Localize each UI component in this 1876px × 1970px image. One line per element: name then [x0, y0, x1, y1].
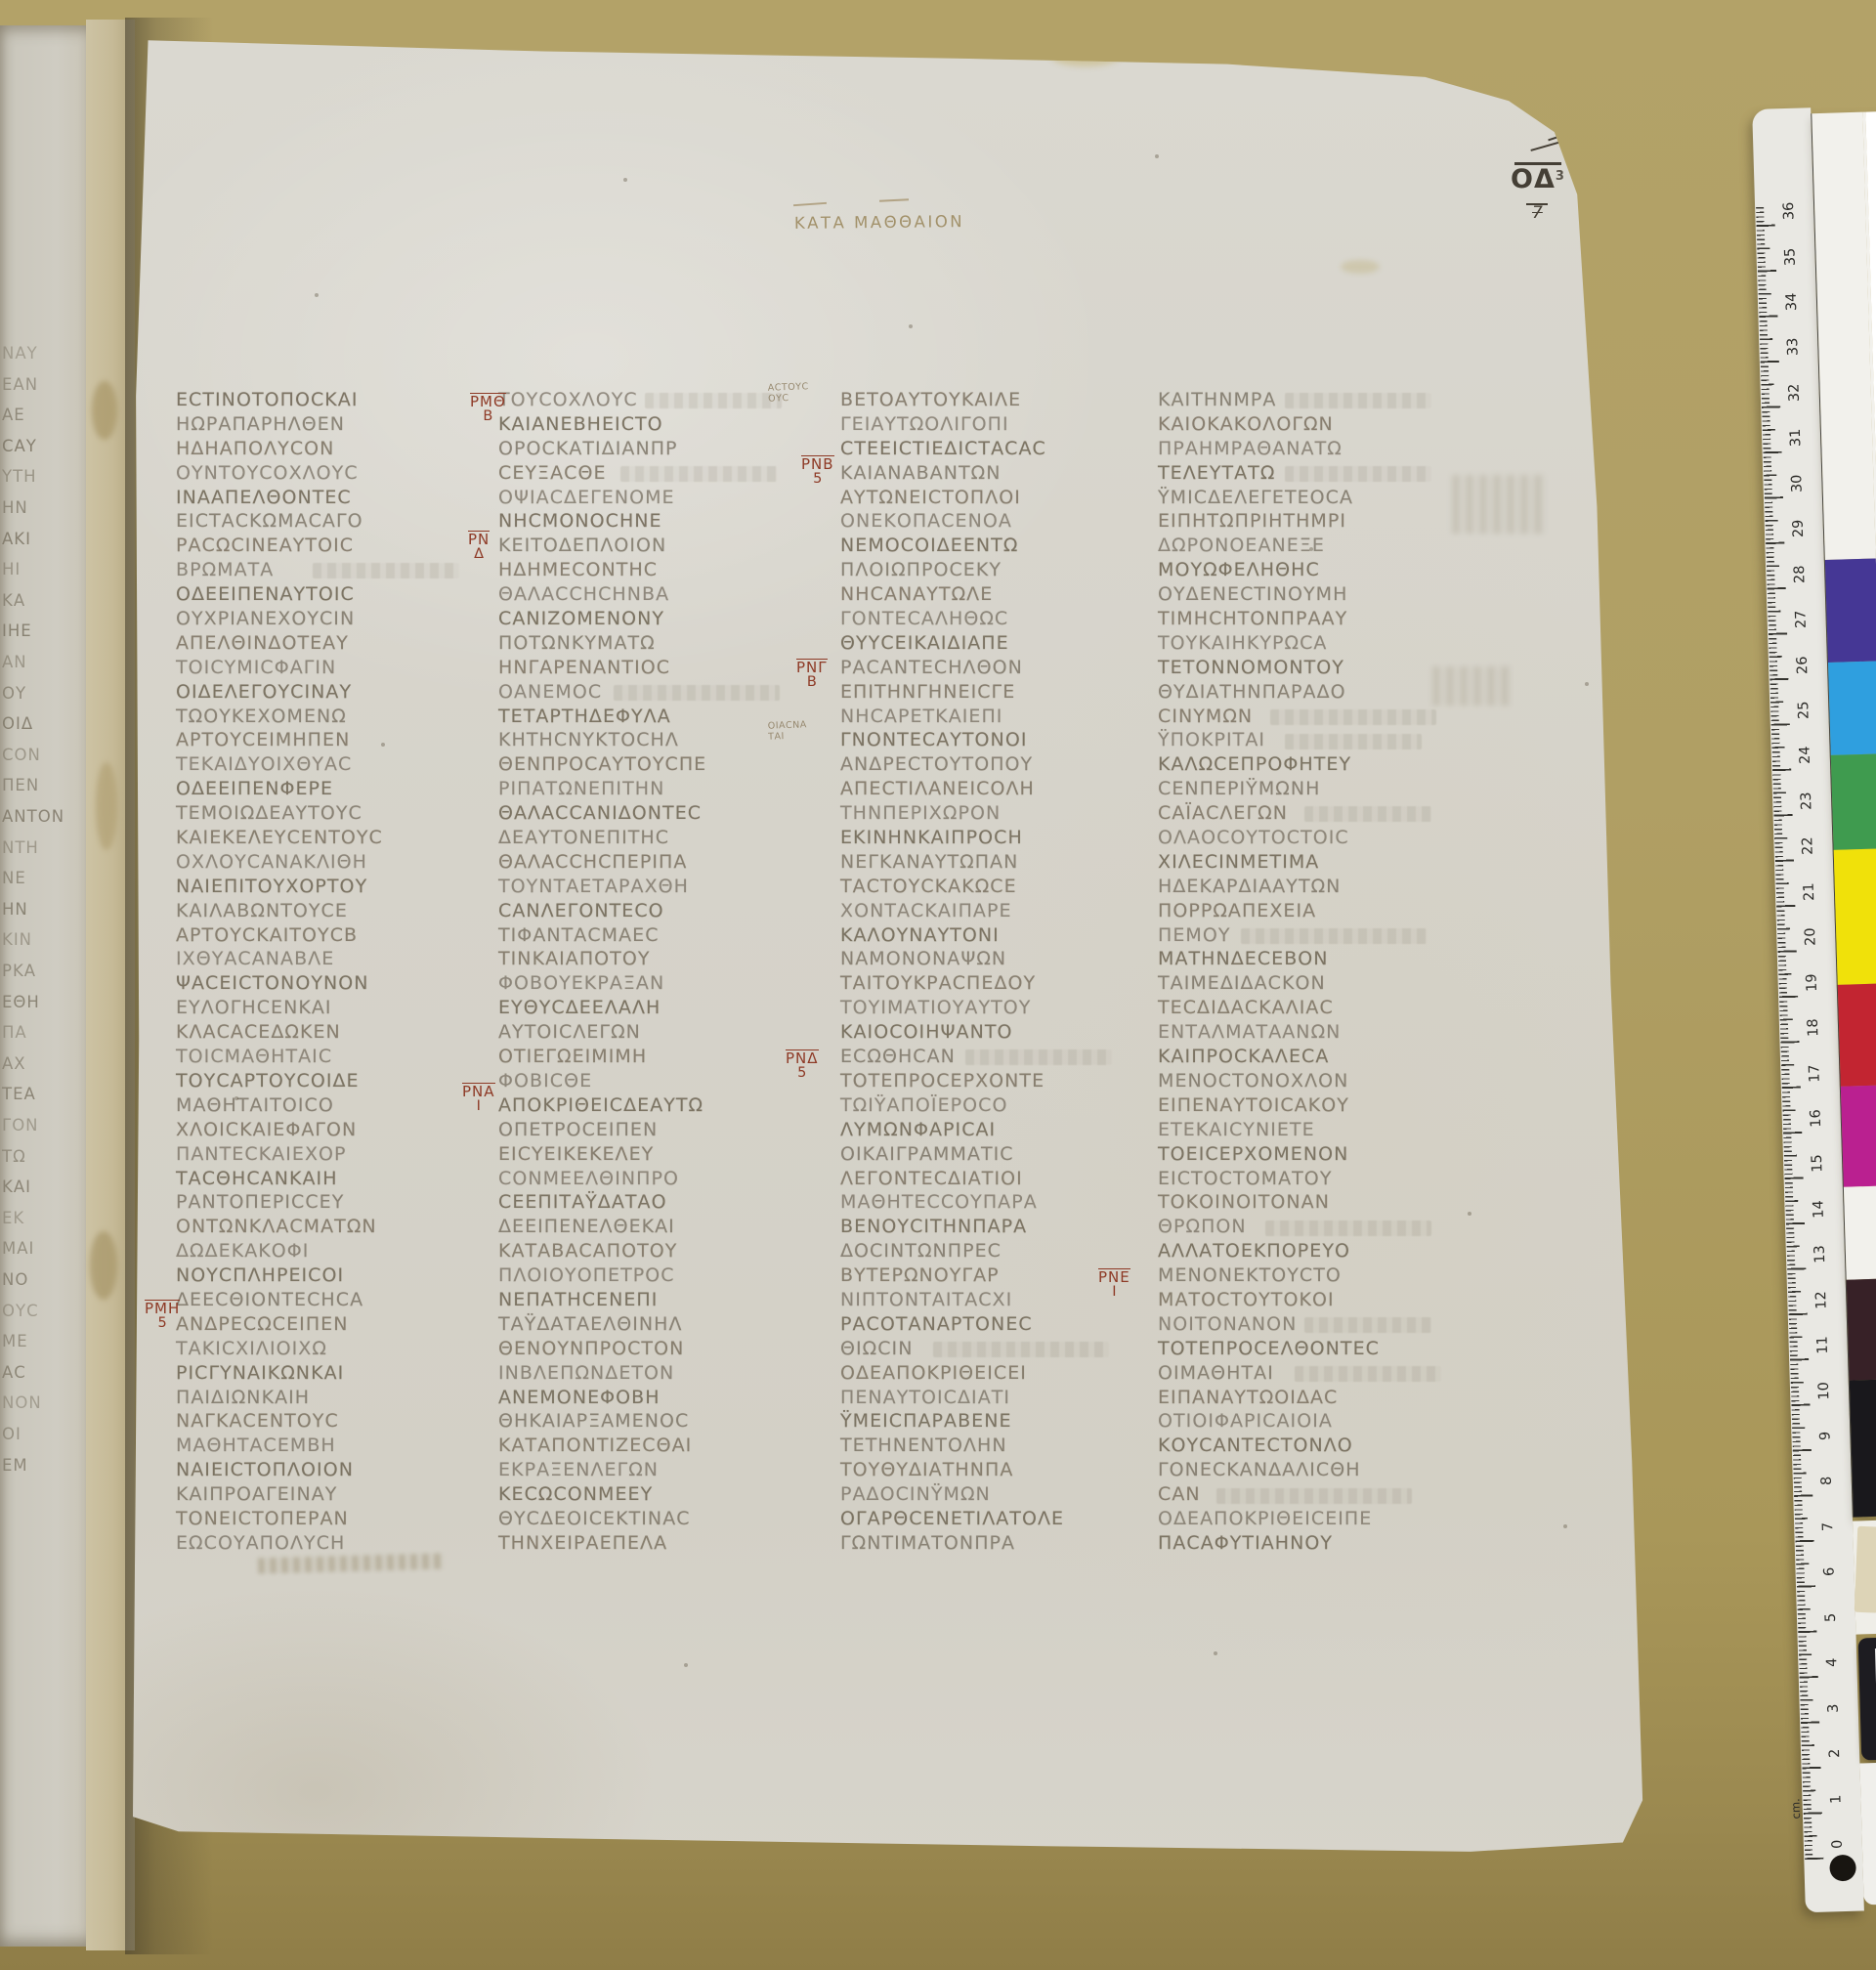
manuscript-line: ΟΓΑΡΘCΕΝΕΤΙΛΑΤΟΛΕ — [840, 1508, 1138, 1531]
ruler-number: 24 — [1797, 741, 1813, 770]
manuscript-line: ΚΑΛΟΥΝΑΥΤΟΝΙ — [840, 924, 1138, 948]
manuscript-line: ΚΑΤΑΒΑCΑΠΟΤΟΥ — [498, 1241, 796, 1264]
page-edge-text-fragment: ΝΟΝ — [2, 1393, 42, 1412]
manuscript-line: ΘΑΛΑCCΗCΗΝΒΑ — [498, 583, 796, 607]
page-edge-text-fragment: ΤΩ — [2, 1147, 26, 1166]
manuscript-line: ΕΚΙΝΗΝΚΑΙΠΡΟCΗ — [840, 827, 1138, 850]
page-edge-text-fragment: ΟΙΔ — [2, 714, 33, 733]
manuscript-line: ΚΑΙΟCΟΙΗΨΑΝΤΟ — [840, 1022, 1138, 1046]
manuscript-line: ΚΑΛΩCΕΠΡΟΦΗΤΕΥ — [1158, 754, 1456, 778]
ruler-number: 31 — [1788, 423, 1805, 452]
manuscript-line: ΛΥΜΩΝΦΑΡΙCΑΙ — [840, 1119, 1138, 1142]
manuscript-line: ΝΕΜΟCΟΙΔΕΕΝΤΩ — [840, 535, 1138, 559]
manuscript-line: ΗΔΗΜΕCΟΝΤΗC — [498, 560, 796, 583]
manuscript-line: ΓΝΟΝΤΕCΑΥΤΟΝΟΙ — [840, 730, 1138, 753]
manuscript-line: ΚΛΑCΑCΕΔΩΚΕΝ — [176, 1022, 474, 1046]
manuscript-line: ΝΟΥCΠΛΗΡΕΙCΟΙ — [176, 1264, 474, 1288]
ruler-number: 4 — [1824, 1648, 1841, 1677]
ruler-number: 2 — [1827, 1738, 1844, 1768]
manuscript-line: ΟΤΙΟΙΦΑΡΙCΑΙΟΙΑ — [1158, 1411, 1456, 1435]
manuscript-line: ΜΑΤΗΝΔΕCΕΒΟΝ — [1158, 949, 1456, 972]
manuscript-line: ΟΠΕΤΡΟCΕΙΠΕΝ — [498, 1119, 796, 1142]
canon-number: Ι — [462, 1099, 495, 1114]
quire-flourish-stroke — [1530, 140, 1564, 151]
ruler-number: 20 — [1803, 922, 1819, 952]
erased-text-ghost — [1216, 1488, 1412, 1504]
page-stain — [1538, 98, 1554, 109]
manuscript-line: ΘΑΛΑCCΗCΠΕΡΙΠΑ — [498, 851, 796, 875]
ruler-number: 32 — [1786, 378, 1803, 407]
manuscript-line: ΟΔΕΕΙΠΕΝΦΕΡΕ — [176, 779, 474, 802]
page-edge-text-fragment: ΟΥC — [2, 1302, 39, 1320]
manuscript-line: ΤΙΦΑΝΤΑCΜΑΕC — [498, 924, 796, 948]
ruler-number: 7 — [1820, 1512, 1837, 1541]
manuscript-line: ΙΧΘΥΑCΑΝΑΒΛΕ — [176, 949, 474, 972]
manuscript-line: ΤΟΥCΑΡΤΟΥCΟΙΔΕ — [176, 1070, 474, 1093]
manuscript-line: ΚΗΤΗCΝΥΚΤΟCΗΛ — [498, 730, 796, 753]
page-edge-text-fragment: ΑC — [2, 1363, 26, 1382]
manuscript-line: ΟΔΕΑΠΟΚΡΙΘΕΙCΕΙ — [840, 1362, 1138, 1386]
manuscript-line: ΟΧΛΟΥCΑΝΑΚΛΙΘΗ — [176, 851, 474, 875]
ammonian-section-mark: ΡΝΕΙ — [1098, 1268, 1130, 1300]
section-number: ΡΝ — [468, 531, 490, 547]
color-patch-blue — [1828, 661, 1876, 755]
photographic-ruler: 0123456789101112131415161718192021222324… — [1738, 102, 1876, 1911]
page-edge-text-fragment: ΜΑΙ — [2, 1239, 34, 1258]
manuscript-line: ΠΟΤΩΝΚΥΜΑΤΩ — [498, 632, 796, 656]
page-edge-text-fragment: ΟΙ — [2, 1425, 21, 1443]
running-title: ΚΑΤΑ ΜΑΘΘΑΙΟΝ — [762, 212, 997, 234]
ruler-number: 13 — [1812, 1240, 1828, 1269]
color-patch-yellow — [1834, 848, 1876, 984]
erased-text-ghost — [1285, 393, 1431, 408]
manuscript-line: ΟΤΙΕΓΩΕΙΜΙΜΗ — [498, 1046, 796, 1069]
manuscript-line: ΛΕΓΟΝΤΕCΔΙΑΤΙΟΙ — [840, 1168, 1138, 1191]
manuscript-line: ΟΡΟCΚΑΤΙΔΙΑΝΠΡ — [498, 438, 796, 461]
page-edge-text-fragment: ΝΤΗ — [2, 838, 39, 857]
manuscript-line: ΕΙCΤΟCΤΟΜΑΤΟΥ — [1158, 1168, 1456, 1191]
page-edge-text-fragment: ΑΚΙ — [2, 530, 31, 548]
page-edge-text-fragment: ΑΧ — [2, 1054, 26, 1073]
manuscript-line: ΝΙΠΤΟΝΤΑΙΤΑCΧΙ — [840, 1289, 1138, 1312]
erased-text-ghost — [614, 685, 780, 701]
manuscript-line: ΟΨΙΑCΔΕΓΕΝΟΜΕ — [498, 487, 796, 510]
color-patch-indigo — [1825, 558, 1876, 662]
page-edge-text-fragment: ΡΚΑ — [2, 962, 36, 980]
ruler-number: 6 — [1821, 1557, 1838, 1586]
manuscript-line: ΗΔΗΑΠΟΛΥCΟΝ — [176, 438, 474, 461]
manuscript-line: ΝΗCΑΡΕΤΚΑΙΕΠΙ — [840, 706, 1138, 729]
manuscript-line: ΝΕΠΑΤΗCΕΝΕΠΙ — [498, 1289, 796, 1312]
section-number: ΡΜΘ — [470, 393, 506, 409]
erased-text-ghost — [965, 1049, 1112, 1065]
manuscript-line: ΡΑCΩCΙΝΕΑΥΤΟΙC — [176, 535, 474, 559]
erased-text-ghost — [645, 393, 782, 408]
manuscript-line: ΜΑΤΟCΤΟΥΤΟΚΟΙ — [1158, 1289, 1456, 1312]
ammonian-section-mark: ΡΝΔ — [468, 531, 490, 562]
tape-strip — [1855, 1526, 1876, 1613]
manuscript-line: ΟΔΕΕΙΠΕΝΑΥΤΟΙC — [176, 583, 474, 607]
canon-number: 5 — [786, 1066, 819, 1081]
ruler-number: 25 — [1796, 695, 1812, 724]
page-edge-text-fragment: ΑΝ — [2, 653, 27, 671]
ruler-number: 22 — [1800, 832, 1816, 861]
page-edge-text-fragment: ΕΜ — [2, 1456, 28, 1475]
manuscript-line: ΤΑCΤΟΥCΚΑΚΩCΕ — [840, 876, 1138, 899]
color-patch-magenta — [1841, 1085, 1876, 1186]
manuscript-line: ΚΑΙΑΝΑΒΑΝΤΩΝ — [840, 462, 1138, 486]
title-overline-mark — [793, 202, 827, 206]
manuscript-line: ΔΩΔΕΚΑΚΟΦΙ — [176, 1241, 474, 1264]
ruler-number: 28 — [1792, 559, 1809, 588]
manuscript-line: ΝΑΜΟΝΟΝΑΨΩΝ — [840, 949, 1138, 972]
manuscript-line: ΠΛΟΙΩΠΡΟCΕΚΥ — [840, 560, 1138, 583]
manuscript-line: ΤΟΤΕΠΡΟCΕΡΧΟΝΤΕ — [840, 1070, 1138, 1093]
manuscript-line: ΕΩCΟΥΑΠΟΛΥCΗ — [176, 1532, 474, 1556]
manuscript-line: ΨΑCΕΙCΤΟΝΟΥΝΟΝ — [176, 973, 474, 997]
section-number: ΡΝΔ — [786, 1049, 819, 1066]
manuscript-line: CΕΕΠΙΤΑΫΔΑΤΑΟ — [498, 1192, 796, 1216]
manuscript-line: ΕΙΠΕΝΑΥΤΟΙCΑΚΟΥ — [1158, 1094, 1456, 1118]
manuscript-line: ΕΝΤΑΛΜΑΤΑΑΝΩΝ — [1158, 1022, 1456, 1046]
manuscript-line: ΙΝΑΑΠΕΛΘΟΝΤΕC — [176, 487, 474, 510]
page-edge-text-fragment: ΥΤΗ — [2, 467, 37, 486]
erased-text-ghost — [1304, 1317, 1431, 1333]
manuscript-line: ΡΙCΓΥΝΑΙΚΩΝΚΑΙ — [176, 1362, 474, 1386]
page-edge-text-fragment: ΠΑ — [2, 1023, 27, 1042]
ruler-number: 14 — [1811, 1194, 1827, 1223]
manuscript-page: ΚΑΤΑ ΜΑΘΘΑΙΟΝ ΟΔ3 7 208 ΕCΤΙΝΟΤΟΠΟCΚΑΙΗΩ… — [133, 29, 1653, 1864]
manuscript-line: ΤΕΤΑΡΤΗΔΕΦΥΛΑ — [498, 706, 796, 729]
manuscript-line: ΔΕΕΙΠΕΝΕΛΘΕΚΑΙ — [498, 1217, 796, 1240]
manuscript-line: ΝΑΙΕΙCΤΟΠΛΟΙΟΝ — [176, 1460, 474, 1483]
ruler-number: 19 — [1804, 967, 1820, 997]
page-edge-text-fragment: ΠΕΝ — [2, 776, 39, 794]
manuscript-line: ΤΟΝΕΙCΤΟΠΕΡΑΝ — [176, 1508, 474, 1531]
ruler-number: 30 — [1789, 468, 1806, 497]
manuscript-line: CΑΝΙΖΟΜΕΝΟΝΥ — [498, 608, 796, 631]
page-edge-text-fragment: ΕΑΝ — [2, 375, 38, 394]
manuscript-line: ΑΝΕΜΟΝΕΦΟΒΗ — [498, 1387, 796, 1410]
manuscript-line: ΠΛΟΙΟΥΟΠΕΤΡΟC — [498, 1264, 796, 1288]
manuscript-line: ΕΥΛΟΓΗCΕΝΚΑΙ — [176, 998, 474, 1021]
manuscript-line: ΟΝΤΩΝΚΛΑCΜΑΤΩΝ — [176, 1217, 474, 1240]
corrector-gloss: ΟΙΑCΝΑΤΑΙ — [768, 720, 808, 742]
ruler-unit-label: cm. — [1788, 1798, 1804, 1849]
canon-number: 5 — [801, 472, 834, 487]
ruler-numbers: 0123456789101112131415161718192021222324… — [1738, 102, 1876, 107]
ruler-number: 33 — [1785, 332, 1802, 362]
manuscript-line: ΑΝΔΡΕCΩCΕΙΠΕΝ — [176, 1313, 474, 1337]
manuscript-line: ΤΙΝΚΑΙΑΠΟΤΟΥ — [498, 949, 796, 972]
page-edge-text-fragment: ΚΑ — [2, 591, 25, 610]
text-column-2: ΤΟΥCΟΧΛΟΥCΚΑΙΑΝΕΒΗΕΙCΤΟΟΡΟCΚΑΤΙΔΙΑΝΠΡCΕΥ… — [498, 389, 796, 1557]
page-edge-text-fragment: ΜΕ — [2, 1332, 28, 1350]
manuscript-line: ΕΥΘΥCΔΕΕΛΑΛΗ — [498, 998, 796, 1021]
ruler-number: 5 — [1823, 1603, 1840, 1632]
manuscript-line: ΤΗΝΧΕΙΡΑΕΠΕΛΑ — [498, 1532, 796, 1556]
color-patch-dark-maroon — [1847, 1278, 1876, 1380]
erased-text-ghost — [1270, 709, 1436, 725]
manuscript-line: ΘΕΝΟΥΝΠΡΟCΤΟΝ — [498, 1338, 796, 1361]
page-edge-text-fragment: ΝΕ — [2, 869, 26, 887]
manuscript-line: ΤΟΥΙΜΑΤΙΟΥΑΥΤΟΥ — [840, 998, 1138, 1021]
manuscript-line: ΚΑΤΑΠΟΝΤΙΖΕCΘΑΙ — [498, 1435, 796, 1459]
manuscript-line: ΙΝΒΛΕΠΩΝΔΕΤΟΝ — [498, 1362, 796, 1386]
manuscript-line: ΗΩΡΑΠΑΡΗΛΘΕΝ — [176, 413, 474, 437]
ruler-number: 29 — [1790, 514, 1807, 543]
ruler-number: 23 — [1799, 786, 1815, 815]
manuscript-line: ΡΑΝΤΟΠΕΡΙCCΕΥ — [176, 1192, 474, 1216]
manuscript-line: ΫΜΕΙCΠΑΡΑΒΕΝΕ — [840, 1411, 1138, 1435]
manuscript-line: ΜΟΥΩΦΕΛΗΘΗC — [1158, 560, 1456, 583]
manuscript-line: ΠΑΝΤΕCΚΑΙΕΧΟΡ — [176, 1143, 474, 1167]
manuscript-line: ΧΟΝΤΑCΚΑΙΠΑΡΕ — [840, 900, 1138, 923]
manuscript-line: ΫΜΙCΔΕΛΕΓΕΤΕΟCΑ — [1158, 487, 1456, 510]
manuscript-line: ΘΕΝΠΡΟCΑΥΤΟΥCΠΕ — [498, 754, 796, 778]
ammonian-section-mark: ΡΝΓΒ — [796, 659, 828, 690]
page-edge-text-fragment: ΕΚ — [2, 1209, 24, 1227]
manuscript-line: ΑΥΤΟΙCΛΕΓΩΝ — [498, 1022, 796, 1046]
manuscript-line: ΒΥΤΕΡΩΝΟΥΓΑΡ — [840, 1264, 1138, 1288]
manuscript-line: ΕΚΡΑΞΕΝΛΕΓΩΝ — [498, 1460, 796, 1483]
manuscript-line: ΠΡΑΗΜΡΑΘΑΝΑΤΩ — [1158, 438, 1456, 461]
manuscript-line: ΦΟΒΟΥΕΚΡΑΞΑΝ — [498, 973, 796, 997]
manuscript-line: ΤΟΕΙCΕΡΧΟΜΕΝΟΝ — [1158, 1143, 1456, 1167]
manuscript-line: ΕCΤΙΝΟΤΟΠΟCΚΑΙ — [176, 389, 474, 412]
erased-text-ghost — [620, 466, 777, 482]
manuscript-line: ΠΑCΑΦΥΤΙΑΗΝΟΥ — [1158, 1532, 1456, 1556]
page-edge-text-fragment: ΚΙΝ — [2, 930, 32, 949]
manuscript-line: ΝΑΙΕΠΙΤΟΥΧΟΡΤΟΥ — [176, 876, 474, 899]
manuscript-line: ΤΩΙΫΑΠΟΪΕΡΟCΟ — [840, 1094, 1138, 1118]
manuscript-line: ΘΥCΔΕΟΙCΕΚΤΙΝΑC — [498, 1508, 796, 1531]
manuscript-line: ΡΑCΟΤΑΝΑΡΤΟΝΕC — [840, 1313, 1138, 1337]
ruler-number: 27 — [1793, 605, 1810, 634]
show-through-text — [1452, 475, 1546, 534]
section-number: ΡΜΗ — [145, 1300, 180, 1316]
ammonian-section-mark: ΡΝΒ5 — [801, 455, 834, 487]
ammonian-section-mark: ΡΝΑΙ — [462, 1083, 495, 1114]
canon-number: Β — [470, 409, 506, 424]
manuscript-line: ΧΙΛΕCΙΝΜΕΤΙΜΑ — [1158, 851, 1456, 875]
manuscript-line: ΔΕΑΥΤΟΝΕΠΙΤΗC — [498, 827, 796, 850]
manuscript-line: ΡΙΠΑΤΩΝΕΠΙΤΗΝ — [498, 779, 796, 802]
quire-mark-text: ΟΔ — [1511, 164, 1556, 194]
erased-text-ghost — [1285, 734, 1422, 749]
manuscript-line: ΕΙΠΗΤΩΠΡΙΗΤΗΜΡΙ — [1158, 511, 1456, 535]
manuscript-line: ΟΙΚΑΙΓΡΑΜΜΑΤΙC — [840, 1143, 1138, 1167]
page-edge-text-fragment: ΗΙ — [2, 560, 21, 578]
manuscript-line: ΤΟΙCΜΑΘΗΤΑΙC — [176, 1046, 474, 1069]
ruler-number: 21 — [1801, 877, 1817, 906]
erased-text-ghost — [1295, 1366, 1441, 1382]
ruler-number: 18 — [1806, 1012, 1822, 1042]
manuscript-line: ΑΛΛΑΤΟΕΚΠΟΡΕΥΟ — [1158, 1241, 1456, 1264]
manuscript-line: ΑΡΤΟΥCΕΙΜΗΠΕΝ — [176, 730, 474, 753]
ruler-number: 34 — [1784, 287, 1801, 317]
ruler-number: 12 — [1813, 1285, 1830, 1314]
manuscript-line: ΜΑΘΗΤΕCCΟΥΠΑΡΑ — [840, 1192, 1138, 1216]
manuscript-line: ΤΗΝΠΕΡΙΧΩΡΟΝ — [840, 803, 1138, 827]
manuscript-line: ΤΑΙΤΟΥΚΡΑCΠΕΔΟΥ — [840, 973, 1138, 997]
manuscript-line: ΑΡΤΟΥCΚΑΙΤΟΥCΒ — [176, 924, 474, 948]
manuscript-line: ΤΕΤΟΝΝΟΜΟΝΤΟΥ — [1158, 657, 1456, 680]
manuscript-line: ΡΑCΑΝΤΕCΗΛΘΟΝ — [840, 657, 1138, 680]
manuscript-line: ΤΟΥΝΤΑΕΤΑΡΑΧΘΗ — [498, 876, 796, 899]
manuscript-line: ΤΕCΔΙΔΑCΚΑΛΙΑC — [1158, 998, 1456, 1021]
quire-mark-flourish: 3 — [1556, 169, 1565, 184]
manuscript-line: ΚΕΙΤΟΔΕΠΛΟΙΟΝ — [498, 535, 796, 559]
ruler-number: 11 — [1814, 1330, 1831, 1359]
manuscript-line: ΟΔΕΑΠΟΚΡΙΘΕΙCΕΙΠΕ — [1158, 1508, 1456, 1531]
previous-leaf-edge: ΝΑΥΕΑΝΑΕCΑΥΥΤΗΗΝΑΚΙΗΙΚΑΙΗΕΑΝΟΥΟΙΔCΟΝΠΕΝΑ… — [0, 25, 94, 1947]
manuscript-line: ΕΤΕΚΑΙCΥΝΙΕΤΕ — [1158, 1119, 1456, 1142]
page-edge-text-fragment: ΝΟ — [2, 1270, 28, 1289]
manuscript-line: ΑΝΔΡΕCΤΟΥΤΟΠΟΥ — [840, 754, 1138, 778]
manuscript-line: ΟΥΧΡΙΑΝΕΧΟΥCΙΝ — [176, 608, 474, 631]
color-patch-black — [1850, 1379, 1876, 1517]
mini-scale-card: 12 13 14 15 16 4, — [1853, 1519, 1876, 1635]
manuscript-line: ΤΕΤΗΝΕΝΤΟΛΗΝ — [840, 1435, 1138, 1459]
ruler-number: 16 — [1808, 1103, 1824, 1133]
manuscript-line: ΤΙΜΗCΗΤΟΝΠΡΑΑΥ — [1158, 608, 1456, 631]
manuscript-line: ΓΩΝΤΙΜΑΤΟΝΠΡΑ — [840, 1532, 1138, 1556]
manuscript-line: ΤΟΚΟΙΝΟΙΤΟΝΑΝ — [1158, 1192, 1456, 1216]
page-stain — [1051, 47, 1120, 66]
manuscript-line: ΤΟΤΕΠΡΟCΕΛΘΟΝΤΕC — [1158, 1338, 1456, 1361]
section-number: ΡΝΓ — [796, 659, 828, 675]
erased-text-ghost — [1241, 928, 1427, 944]
page-edge-text-fragment: ΗΝ — [2, 900, 28, 919]
manuscript-line: ΚΑΙΛΑΒΩΝΤΟΥCΕ — [176, 900, 474, 923]
manuscript-line: ΗΔΕΚΑΡΔΙΑΑΥΤΩΝ — [1158, 876, 1456, 899]
manuscript-line: ΕΙCΥΕΙΚΕΚΕΛΕΥ — [498, 1143, 796, 1167]
page-edge-text-fragment: ΕΘΗ — [2, 993, 40, 1011]
page-edge-text-fragment: ΚΑΙ — [2, 1178, 31, 1196]
manuscript-line: ΑΠΕCΤΙΛΑΝΕΙCΟΛΗ — [840, 779, 1138, 802]
page-edge-text-fragment: ΑΝΤΟΝ — [2, 807, 64, 826]
manuscript-line: ΔΕΕCΘΙΟΝΤΕCΗCΑ — [176, 1289, 474, 1312]
manuscript-line: ΠΕΝΑΥΤΟΙCΔΙΑΤΙ — [840, 1387, 1138, 1410]
erased-text-ghost — [313, 563, 459, 578]
manuscript-line: ΘΑΛΑCCΑΝΙΔΟΝΤΕC — [498, 803, 796, 827]
ammonian-section-mark: ΡΜΗ5 — [145, 1300, 180, 1331]
ammonian-section-mark: ΡΝΔ5 — [786, 1049, 819, 1081]
manuscript-line: ΘΥΥCΕΙΚΑΙΔΙΑΠΕ — [840, 632, 1138, 656]
erased-text-ghost — [933, 1342, 1109, 1357]
manuscript-line: ΤΕΜΟΙΩΔΕΑΥΤΟΥC — [176, 803, 474, 827]
manuscript-line: ΒΕΝΟΥCΙΤΗΝΠΑΡΑ — [840, 1217, 1138, 1240]
page-edge-text-fragment: ΝΑΥ — [2, 344, 38, 363]
british-library-label: LIBRARYBRITISH — [1858, 1636, 1876, 1761]
manuscript-line: CΑΝΛΕΓΟΝΤΕCΟ — [498, 900, 796, 923]
section-number: ΡΝΕ — [1098, 1268, 1130, 1285]
manuscript-line: ΤΩΟΥΚΕΧΟΜΕΝΩ — [176, 706, 474, 729]
page-edge-text-fragment: CΑΥ — [2, 437, 37, 455]
manuscript-line: ΠΟΡΡΩΑΠΕΧΕΙΑ — [1158, 900, 1456, 923]
manuscript-line: ΡΑΔΟCΙΝΫΜΩΝ — [840, 1483, 1138, 1507]
manuscript-line: ΒΕΤΟΑΥΤΟΥΚΑΙΛΕ — [840, 389, 1138, 412]
manuscript-line: ΤΑΚΙCΧΙΛΙΟΙΧΩ — [176, 1338, 474, 1361]
manuscript-line: ΜΕΝΟCΤΟΝΟΧΛΟΝ — [1158, 1070, 1456, 1093]
color-patch-red — [1838, 983, 1876, 1086]
folio-number: 208 — [1602, 170, 1668, 208]
canon-number: 5 — [145, 1316, 180, 1331]
manuscript-line: ΟΝΕΚΟΠΑCΕΝΟΑ — [840, 511, 1138, 535]
manuscript-line: ΚΟΥCΑΝΤΕCΤΟΝΛΟ — [1158, 1435, 1456, 1459]
erased-text-ghost — [1265, 1221, 1431, 1236]
fold-crease — [1426, 31, 1537, 88]
manuscript-line: ΟΛΑΟCΟΥΤΟCΤΟΙC — [1158, 827, 1456, 850]
canon-number: Β — [796, 675, 828, 690]
page-edge-text-fragment: CΟΝ — [2, 746, 41, 764]
page-edge-text-fragment: ΟΥ — [2, 684, 26, 703]
manuscript-line: ΕΙΠΑΝΑΥΤΩΟΙΔΑC — [1158, 1387, 1456, 1410]
ruler-number: 15 — [1810, 1149, 1826, 1178]
manuscript-line: ΕΠΙΤΗΝΓΗΝΕΙCΓΕ — [840, 681, 1138, 705]
ruler-number: 9 — [1817, 1421, 1834, 1450]
canon-number: Δ — [468, 547, 490, 562]
manuscript-line: ΚΑΙΠΡΟΑΓΕΙΝΑΥ — [176, 1483, 474, 1507]
ruler-number: 36 — [1781, 196, 1798, 226]
page-edge-text-fragment: ΗΝ — [2, 498, 28, 517]
manuscript-line: ΟΥΝΤΟΥCΟΧΛΟΥC — [176, 462, 474, 486]
page-stain — [1341, 260, 1380, 274]
page-edge-text-fragment: ΑΕ — [2, 406, 25, 424]
ruler-number: 17 — [1807, 1058, 1823, 1088]
erased-text-ghost — [1285, 466, 1431, 482]
color-patch-white-2 — [1844, 1185, 1876, 1280]
manuscript-line: ΘΗΚΑΙΑΡΞΑΜΕΝΟC — [498, 1411, 796, 1435]
ruler-number: 35 — [1782, 241, 1799, 271]
ammonian-section-mark: ΡΜΘΒ — [470, 393, 506, 424]
ruler-number: 10 — [1816, 1376, 1833, 1405]
manuscript-line: ΚΑΙΑΝΕΒΗΕΙCΤΟ — [498, 413, 796, 437]
manuscript-line: ΠΑΙΔΙΩΝΚΑΙΗ — [176, 1387, 474, 1410]
manuscript-line: ΧΛΟΙCΚΑΙΕΦΑΓΟΝ — [176, 1119, 474, 1142]
ruler-number: 26 — [1795, 650, 1812, 679]
manuscript-line: ΓΟΝΤΕCΑΛΗΘΩC — [840, 608, 1138, 631]
section-number: ΡΝΒ — [801, 455, 834, 472]
manuscript-line: ΚΑΙΟΚΑΚΟΛΟΓΩΝ — [1158, 413, 1456, 437]
quire-signature: ΟΔ3 7 — [1509, 135, 1587, 223]
manuscript-line: ΜΕΝΟΝΕΚΤΟΥCΤΟ — [1158, 1264, 1456, 1288]
manuscript-line: ΘΥΔΙΑΤΗΝΠΑΡΑΔΟ — [1158, 681, 1456, 705]
manuscript-line: ΕΙCΤΑCΚΩΜΑCΑΓΟ — [176, 511, 474, 535]
quire-flourish-stroke — [1548, 133, 1569, 142]
quire-tail-mark: 7 — [1532, 203, 1543, 223]
manuscript-line: ΟΙΔΕΛΕΓΟΥCΙΝΑΥ — [176, 681, 474, 705]
manuscript-line: CΟΝΜΕΕΛΘΙΝΠΡΟ — [498, 1168, 796, 1191]
manuscript-line: ΟΥΔΕΝΕCΤΙΝΟΥΜΗ — [1158, 583, 1456, 607]
manuscript-line: ΤΟΥΘΥΔΙΑΤΗΝΠΑ — [840, 1460, 1138, 1483]
page-edge-text-fragment: ΓΟΝ — [2, 1116, 39, 1135]
manuscript-line: ΑΠΟΚΡΙΘΕΙCΔΕΑΥΤΩ — [498, 1094, 796, 1118]
manuscript-line: ΚΑΙΠΡΟCΚΑΛΕCΑ — [1158, 1046, 1456, 1069]
manuscript-line: ΔΩΡΟΝΟΕΑΝΕΞΕ — [1158, 535, 1456, 559]
manuscript-line: ΚΑΙΕΚΕΛΕΥCΕΝΤΟΥC — [176, 827, 474, 850]
manuscript-line: ΓΕΙΑΥΤΩΟΛΙΓΟΠΙ — [840, 413, 1138, 437]
ruler-number: 8 — [1818, 1467, 1835, 1496]
text-column-3: ΒΕΤΟΑΥΤΟΥΚΑΙΛΕΓΕΙΑΥΤΩΟΛΙΓΟΠΙCΤΕΕΙCΤΙΕΔΙC… — [840, 389, 1138, 1557]
ruler-number: 1 — [1828, 1784, 1845, 1814]
manuscript-line: ΑΥΤΩΝΕΙCΤΟΠΛΟΙ — [840, 487, 1138, 510]
manuscript-line: ΤΑCΘΗCΑΝΚΑΙΗ — [176, 1168, 474, 1191]
manuscript-line: ΝΑΓΚΑCΕΝΤΟΥC — [176, 1411, 474, 1435]
manuscript-line: ΝΗCΜΟΝΟCΗΝΕ — [498, 511, 796, 535]
manuscript-line: ΤΑΫΔΑΤΑΕΛΘΙΝΗΛ — [498, 1313, 796, 1337]
